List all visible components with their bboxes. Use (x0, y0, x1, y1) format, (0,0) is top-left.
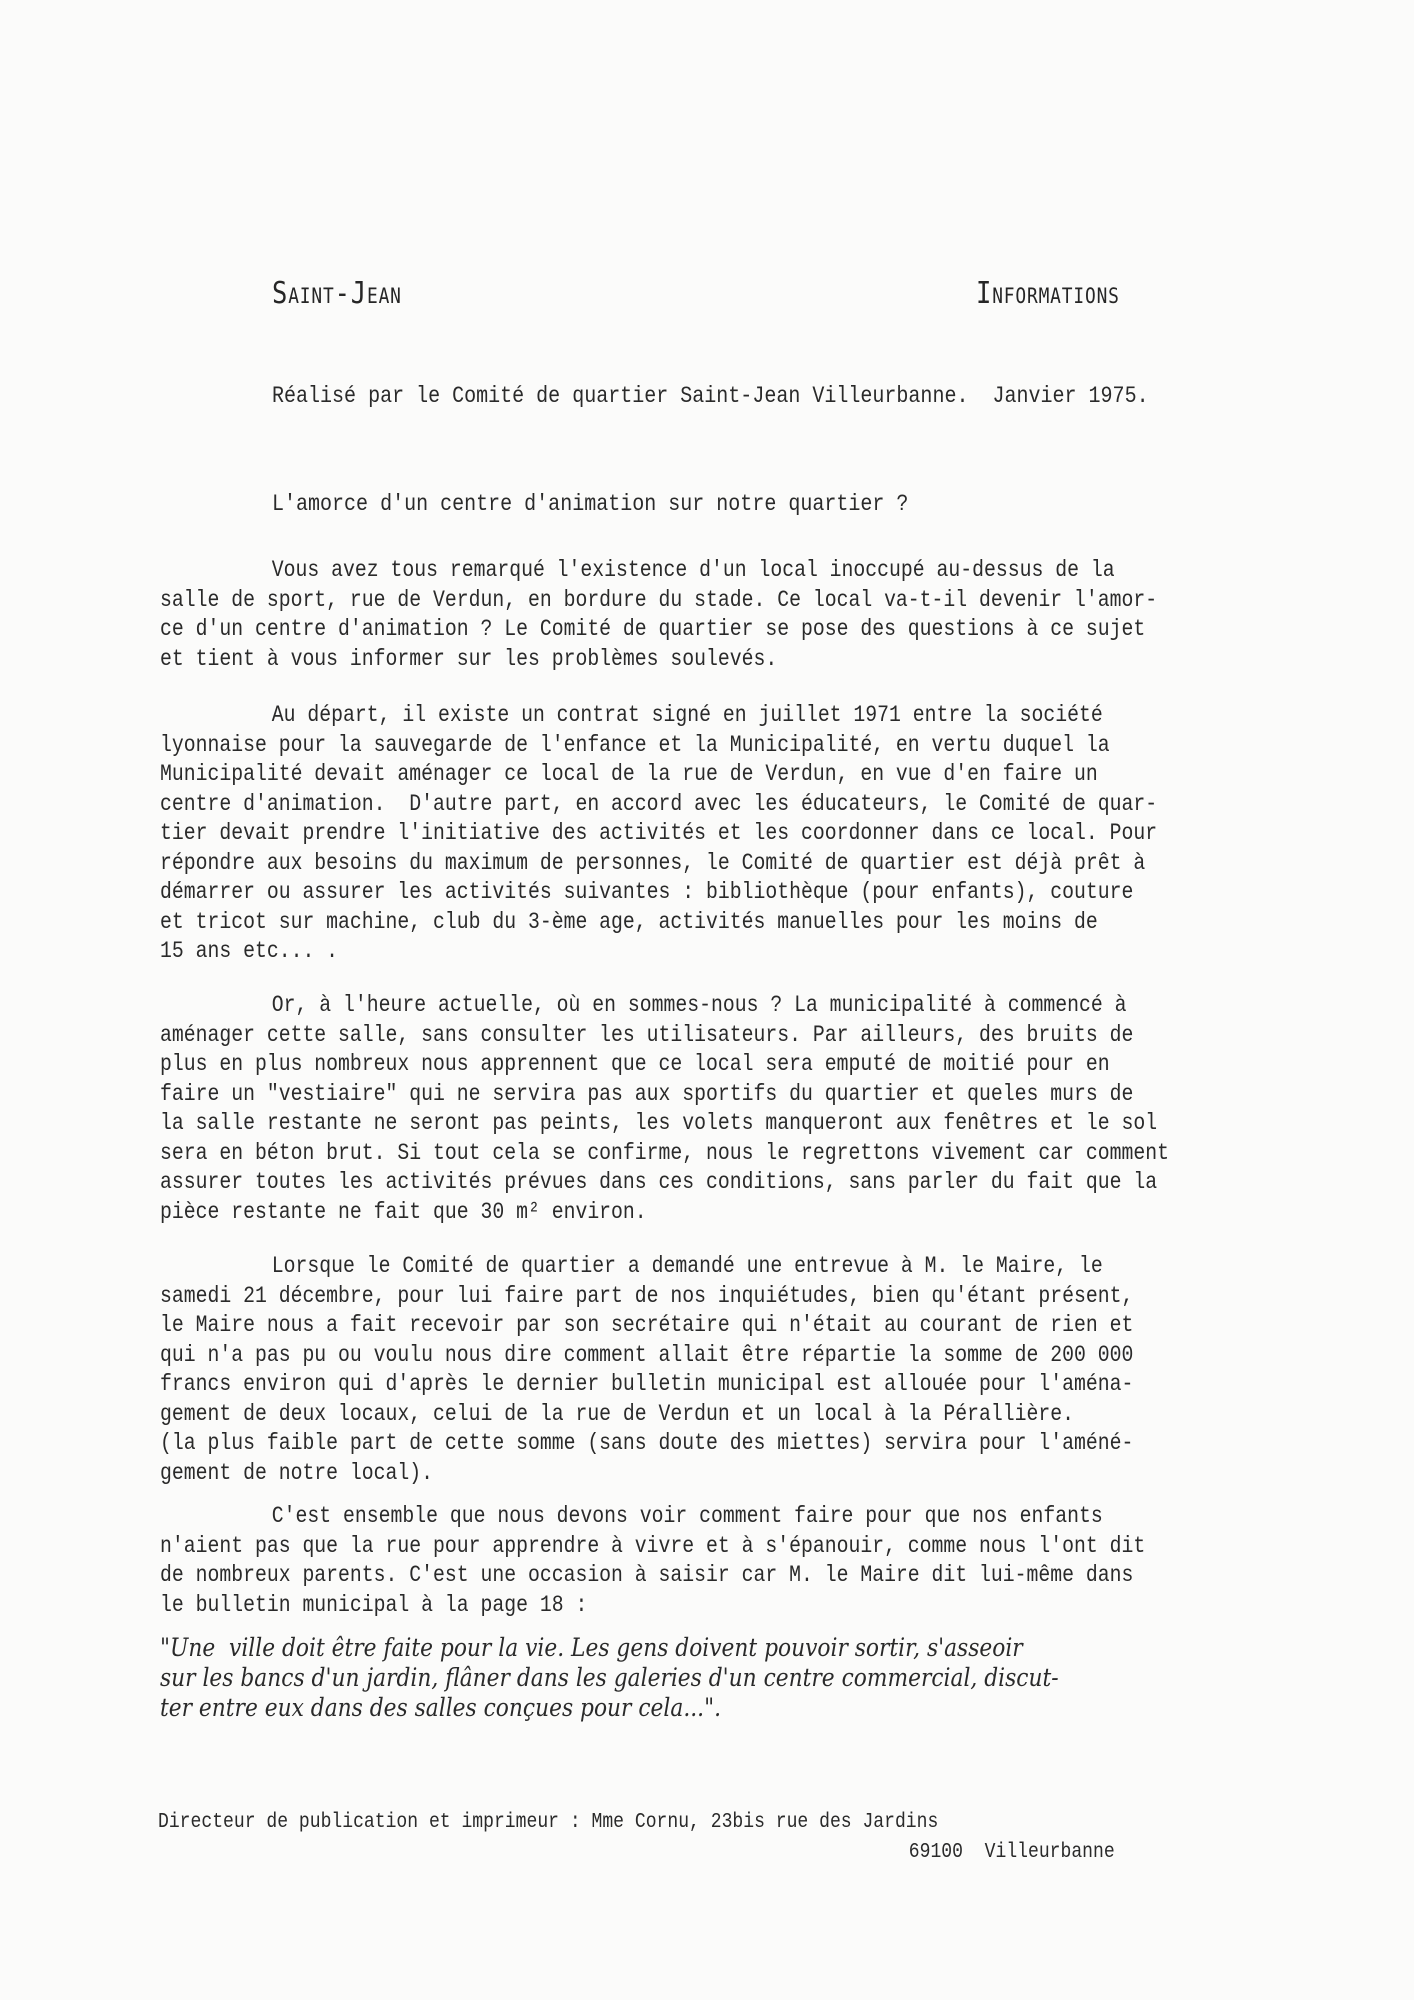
publication-credit: Réalisé par le Comité de quartier Saint-… (272, 382, 1149, 411)
text-line: Municipalité devait aménager ce local de… (160, 760, 1158, 790)
text-line: gement de deux locaux, celui de la rue d… (160, 1400, 1158, 1430)
text-line: 15 ans etc... . (160, 937, 1158, 967)
paragraph-current-situation: Or, à l'heure actuelle, où en sommes-nou… (160, 991, 1320, 1227)
text-line: le Maire nous a fait recevoir par son se… (160, 1311, 1158, 1341)
text-line: faire un "vestiaire" qui ne servira pas … (160, 1080, 1158, 1110)
quote-line: "Une ville doit être faite pour la vie. … (160, 1633, 1059, 1663)
text-line: C'est ensemble que nous devons voir comm… (160, 1502, 1158, 1532)
text-line: aménager cette salle, sans consulter les… (160, 1021, 1158, 1051)
text-line: centre d'animation. D'autre part, en acc… (160, 790, 1158, 820)
newsletter-name: Saint-Jean (272, 276, 402, 311)
paragraph-contract: Au départ, il existe un contrat signé en… (160, 701, 1320, 967)
text-line: tier devait prendre l'initiative des act… (160, 819, 1158, 849)
address-line: 69100 Villeurbanne (158, 1838, 1115, 1868)
text-line: plus en plus nombreux nous apprennent qu… (160, 1050, 1158, 1080)
paragraph-mayor-meeting: Lorsque le Comité de quartier a demandé … (160, 1252, 1320, 1488)
paragraph-conclusion: C'est ensemble que nous devons voir comm… (160, 1502, 1320, 1620)
quote-line: sur les bancs d'un jardin, flâner dans l… (160, 1663, 1059, 1693)
text-line: et tricot sur machine, club du 3-ème age… (160, 908, 1158, 938)
text-line: lyonnaise pour la sauvegarde de l'enfanc… (160, 731, 1158, 761)
document-page: Saint-Jean Informations Réalisé par le C… (0, 0, 1414, 2000)
text-line: pièce restante ne fait que 30 m² environ… (160, 1198, 1158, 1228)
text-line: salle de sport, rue de Verdun, en bordur… (160, 586, 1158, 616)
text-line: Lorsque le Comité de quartier a demandé … (160, 1252, 1158, 1282)
text-line: francs environ qui d'après le dernier bu… (160, 1370, 1158, 1400)
text-line: gement de notre local). (160, 1459, 1158, 1489)
text-line: qui n'a pas pu ou voulu nous dire commen… (160, 1341, 1158, 1371)
text-line: Or, à l'heure actuelle, où en sommes-nou… (160, 991, 1158, 1021)
article-heading: L'amorce d'un centre d'animation sur not… (272, 490, 908, 519)
text-line: le bulletin municipal à la page 18 : (160, 1591, 1158, 1621)
text-line: n'aient pas que la rue pour apprendre à … (160, 1532, 1158, 1562)
text-line: Au départ, il existe un contrat signé en… (160, 701, 1158, 731)
publisher-line: Directeur de publication et imprimeur : … (158, 1808, 1115, 1838)
text-line: ce d'un centre d'animation ? Le Comité d… (160, 615, 1158, 645)
paragraph-intro: Vous avez tous remarqué l'existence d'un… (160, 556, 1320, 674)
text-line: répondre aux besoins du maximum de perso… (160, 849, 1158, 879)
text-line: de nombreux parents. C'est une occasion … (160, 1561, 1158, 1591)
text-line: assurer toutes les activités prévues dan… (160, 1168, 1158, 1198)
newsletter-section-title: Informations (976, 276, 1120, 311)
text-line: Vous avez tous remarqué l'existence d'un… (160, 556, 1158, 586)
text-line: samedi 21 décembre, pour lui faire part … (160, 1282, 1158, 1312)
text-line: sera en béton brut. Si tout cela se conf… (160, 1139, 1158, 1169)
publication-footer: Directeur de publication et imprimeur : … (158, 1808, 1270, 1868)
text-line: démarrer ou assurer les activités suivan… (160, 878, 1158, 908)
text-line: (la plus faible part de cette somme (san… (160, 1429, 1158, 1459)
quote-line: ter entre eux dans des salles conçues po… (160, 1693, 1059, 1723)
text-line: la salle restante ne seront pas peints, … (160, 1109, 1158, 1139)
text-line: et tient à vous informer sur les problèm… (160, 645, 1158, 675)
mayor-quote: "Une ville doit être faite pour la vie. … (160, 1633, 1193, 1723)
